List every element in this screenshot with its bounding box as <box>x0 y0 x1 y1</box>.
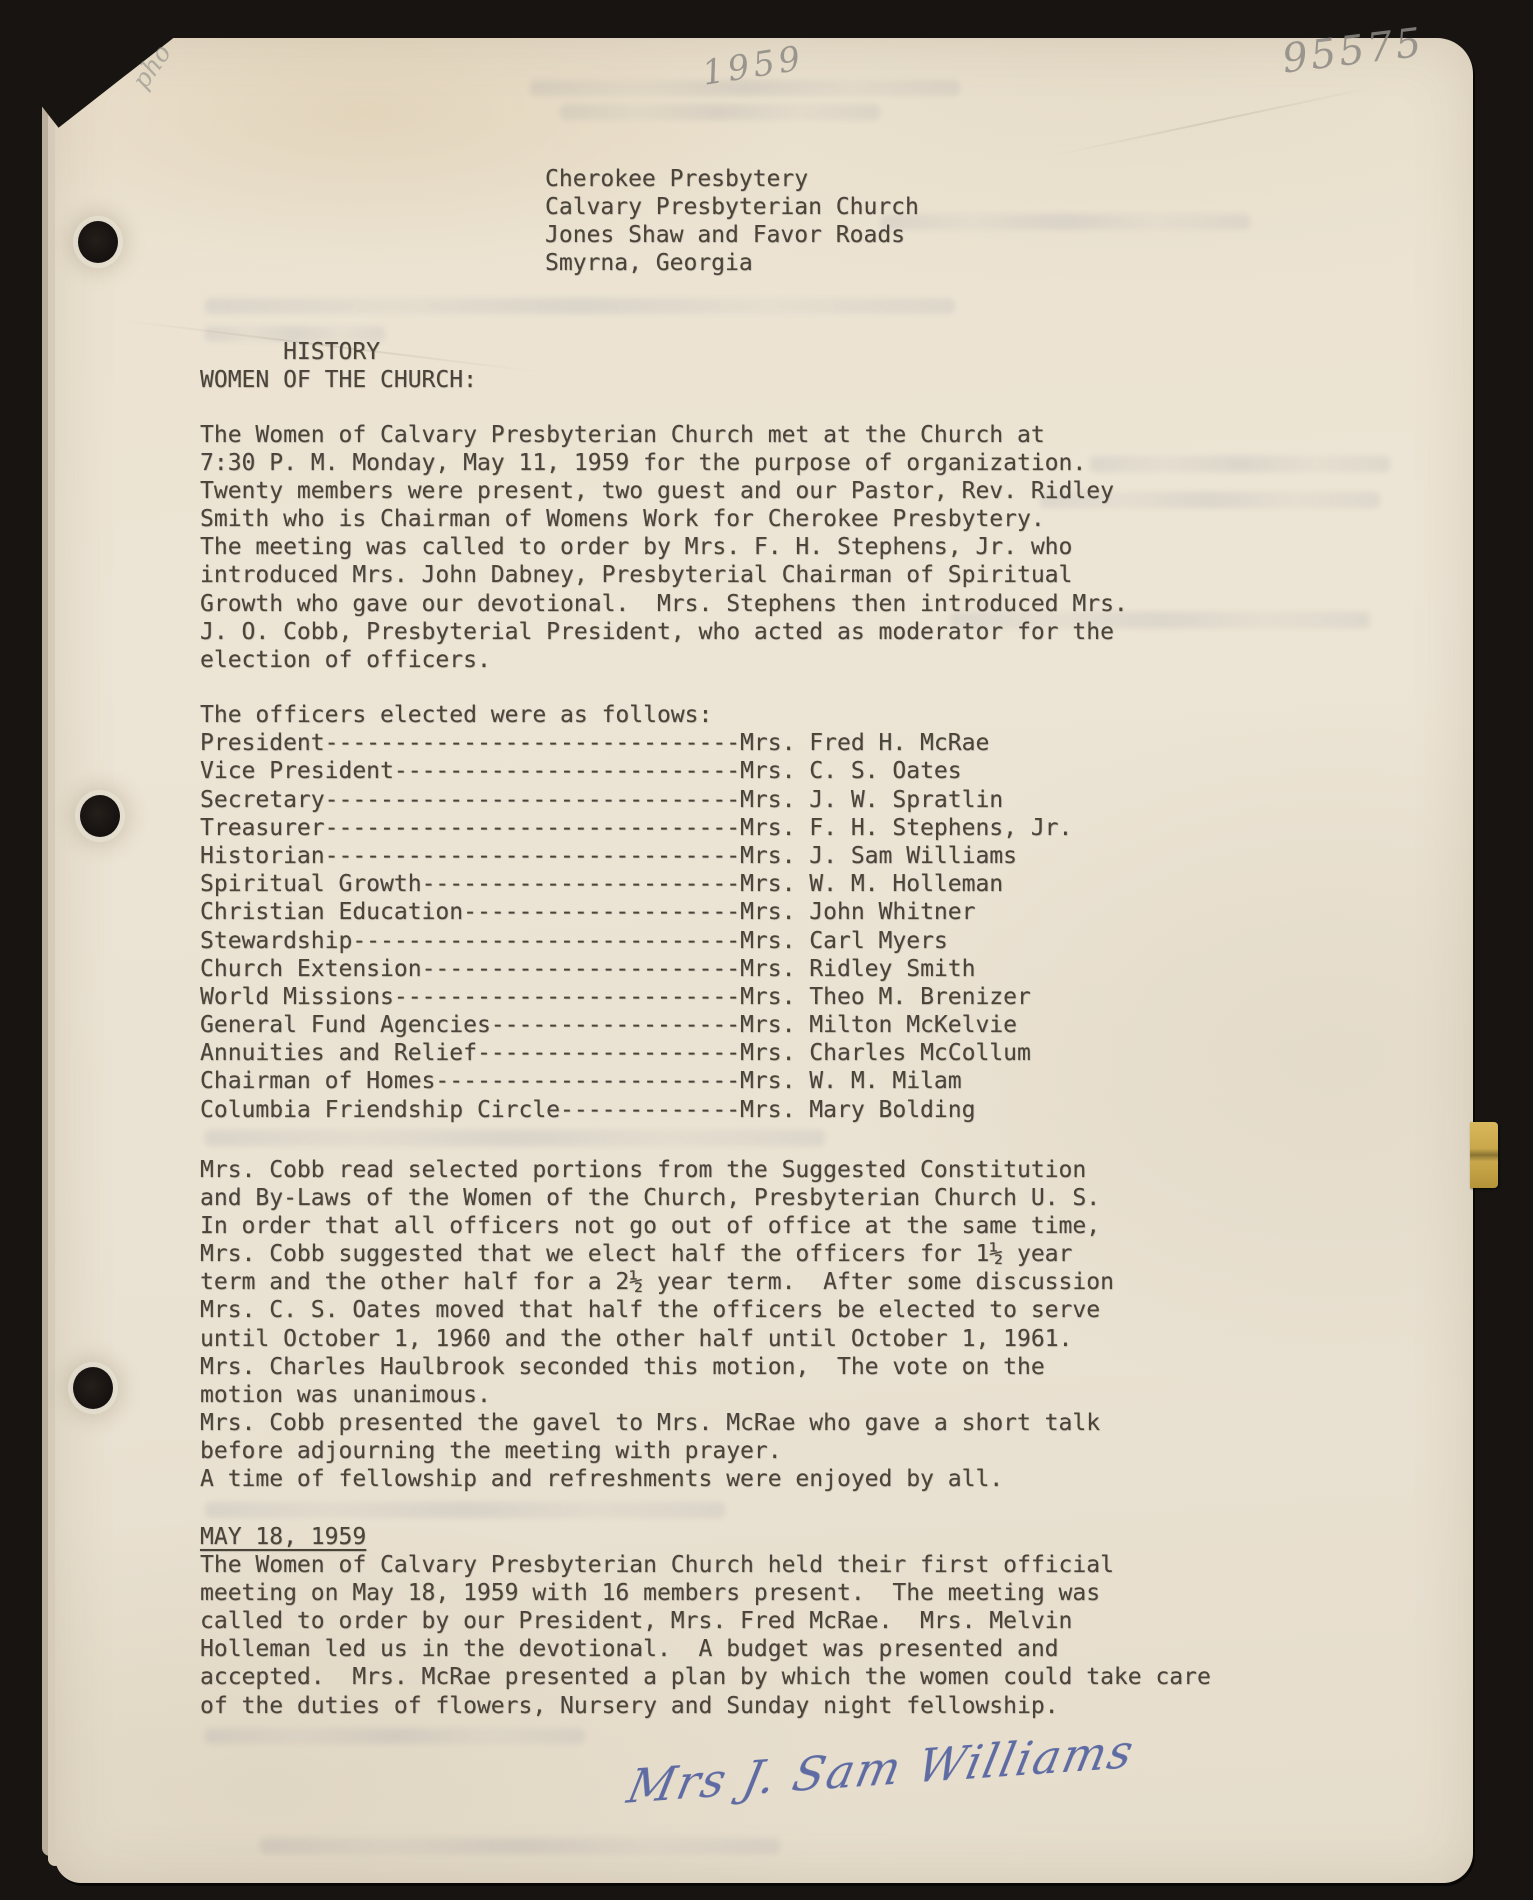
officer-office: Stewardship <box>200 928 352 954</box>
officer-office: Annuities and Relief <box>200 1040 477 1066</box>
officer-row: Annuities and Relief-------------------M… <box>200 1039 1072 1067</box>
bleedthrough-ghost <box>205 1130 825 1146</box>
officer-name: Mrs. Milton McKelvie <box>740 1012 1017 1038</box>
officer-name: Mrs. Fred H. McRae <box>740 730 989 756</box>
officer-row: World Missions-------------------------M… <box>200 983 1072 1011</box>
officer-row: Historian------------------------------M… <box>200 842 1072 870</box>
officer-name: Mrs. Theo M. Brenizer <box>740 984 1031 1010</box>
officer-row: Columbia Friendship Circle-------------M… <box>200 1096 1072 1124</box>
bleedthrough-ghost <box>260 1838 780 1854</box>
officer-office: Spiritual Growth <box>200 871 422 897</box>
officer-name: Mrs. Ridley Smith <box>740 956 975 982</box>
bleedthrough-ghost <box>205 298 955 314</box>
officer-name: Mrs. Charles McCollum <box>740 1040 1031 1066</box>
officer-leader-dashes: ------------------------------ <box>325 815 740 841</box>
officer-name: Mrs. F. H. Stephens, Jr. <box>740 815 1072 841</box>
officer-row: Secretary------------------------------M… <box>200 786 1072 814</box>
paragraph-constitution-bylaws: Mrs. Cobb read selected portions from th… <box>200 1156 1114 1493</box>
officer-leader-dashes: ------------- <box>560 1097 740 1123</box>
officer-leader-dashes: ------------------------------ <box>325 730 740 756</box>
officer-name: Mrs. J. W. Spratlin <box>740 787 1003 813</box>
officers-intro: The officers elected were as follows: <box>200 701 1072 729</box>
officer-row: Spiritual Growth-----------------------M… <box>200 870 1072 898</box>
officer-office: President <box>200 730 325 756</box>
officer-office: Historian <box>200 843 325 869</box>
officer-row: Church Extension-----------------------M… <box>200 955 1072 983</box>
bleedthrough-ghost <box>560 104 880 120</box>
punch-hole-middle <box>80 795 120 837</box>
officer-row: Treasurer------------------------------M… <box>200 814 1072 842</box>
officer-name: Mrs. J. Sam Williams <box>740 843 1017 869</box>
punch-hole-top <box>78 221 118 263</box>
officer-leader-dashes: ------------------- <box>477 1040 740 1066</box>
bleedthrough-ghost <box>880 214 1250 230</box>
officer-leader-dashes: -------------------- <box>463 899 740 925</box>
officer-leader-dashes: ------------------------------ <box>325 787 740 813</box>
officer-name: Mrs. Mary Bolding <box>740 1097 975 1123</box>
officer-name: Mrs. C. S. Oates <box>740 758 962 784</box>
officer-row: Vice President-------------------------M… <box>200 757 1072 785</box>
officer-name: Mrs. John Whitner <box>740 899 975 925</box>
history-title-block: HISTORY WOMEN OF THE CHURCH: <box>200 338 477 394</box>
officer-row: Chairman of Homes----------------------M… <box>200 1067 1072 1095</box>
officer-row: Christian Education--------------------M… <box>200 898 1072 926</box>
officer-leader-dashes: ------------------ <box>491 1012 740 1038</box>
officer-name: Mrs. W. M. Holleman <box>740 871 1003 897</box>
may18-paragraph: The Women of Calvary Presbyterian Church… <box>200 1551 1211 1720</box>
officer-row: General Fund Agencies------------------M… <box>200 1011 1072 1039</box>
letterhead-block: Cherokee Presbytery Calvary Presbyterian… <box>545 165 919 277</box>
officer-row: President------------------------------M… <box>200 729 1072 757</box>
paragraph-organization-meeting: The Women of Calvary Presbyterian Church… <box>200 421 1128 674</box>
bleedthrough-ghost <box>205 1728 585 1744</box>
officer-leader-dashes: ------------------------- <box>394 984 740 1010</box>
officer-office: Church Extension <box>200 956 422 982</box>
may18-heading: MAY 18, 1959 <box>200 1523 1211 1551</box>
may18-section: MAY 18, 1959 The Women of Calvary Presby… <box>200 1523 1211 1720</box>
officer-leader-dashes: ---------------------------- <box>352 928 740 954</box>
scanned-document-background: pho 1959 95575 Cherokee Presbytery Calva… <box>0 0 1533 1900</box>
officer-name: Mrs. Carl Myers <box>740 928 948 954</box>
bleedthrough-ghost <box>1090 456 1390 472</box>
officer-office: General Fund Agencies <box>200 1012 491 1038</box>
bleedthrough-ghost <box>530 80 960 96</box>
officer-office: Treasurer <box>200 815 325 841</box>
officers-list: The officers elected were as follows: Pr… <box>200 701 1072 1124</box>
officer-office: Christian Education <box>200 899 463 925</box>
officer-leader-dashes: ------------------------- <box>394 758 740 784</box>
officer-leader-dashes: ---------------------- <box>435 1068 740 1094</box>
index-tab <box>1470 1122 1498 1188</box>
officer-office: Chairman of Homes <box>200 1068 435 1094</box>
officer-leader-dashes: ----------------------- <box>422 871 741 897</box>
officer-office: Secretary <box>200 787 325 813</box>
officer-leader-dashes: ------------------------------ <box>325 843 740 869</box>
officer-name: Mrs. W. M. Milam <box>740 1068 962 1094</box>
bleedthrough-ghost <box>205 1502 725 1518</box>
officer-office: Vice President <box>200 758 394 784</box>
officer-leader-dashes: ----------------------- <box>422 956 741 982</box>
officer-office: Columbia Friendship Circle <box>200 1097 560 1123</box>
officer-office: World Missions <box>200 984 394 1010</box>
punch-hole-bottom <box>73 1367 113 1409</box>
officer-row: Stewardship----------------------------M… <box>200 927 1072 955</box>
